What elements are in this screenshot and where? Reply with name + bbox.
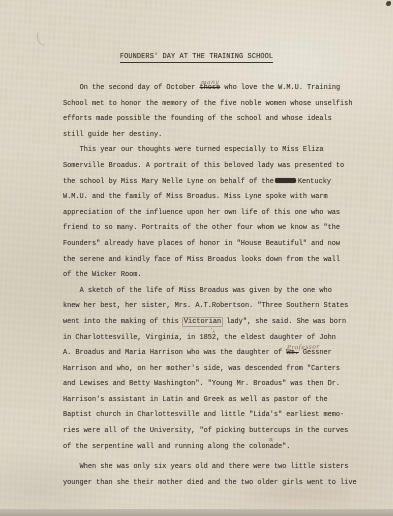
typed-line: A. Broadus and Maria Harrison who was th… — [63, 349, 385, 365]
typed-line: the school by Miss Mary Nelle Lyne on be… — [63, 178, 385, 194]
handwritten-note: ' — [211, 328, 213, 334]
typed-text: Somerville Broadus. A portrait of this b… — [63, 162, 344, 170]
typed-text: Kentucky — [298, 178, 331, 186]
typed-text: appreciation of the influence upon her o… — [63, 209, 340, 217]
document-title-text: FOUNDERS' DAY AT THE TRAINING SCHOOL — [120, 53, 273, 63]
typed-line: This year our thoughts were turned espec… — [63, 146, 385, 162]
typed-text: went into the making of this — [63, 318, 183, 326]
typed-line: School met to honor the memory of the fi… — [63, 100, 385, 116]
typed-text: still guide her destiny. — [63, 131, 162, 139]
typed-text: Harrison and who, on her mother's side, … — [63, 365, 340, 373]
typed-text: and Lewises and Betty Washington". "Youn… — [63, 380, 340, 388]
typed-ins-mark: 2' — [212, 334, 216, 342]
typed-strike-mark: thosemany — [200, 84, 221, 92]
typed-line: Baptist church in Charlottesville and li… — [63, 411, 385, 427]
typed-line: the serene and kindly face of Miss Broad… — [63, 256, 385, 272]
typed-line: ries were all of the University, "of pic… — [63, 427, 385, 443]
handwritten-note: Professor — [287, 344, 320, 351]
typed-line: When she was only six years old and ther… — [63, 463, 385, 479]
typed-line: friend to so many. Portraits of the othe… — [63, 224, 385, 240]
typed-strike-mark: Wm.Professor — [286, 349, 298, 357]
paper-bottom-edge — [0, 509, 393, 516]
typed-line: efforts made possible the founding of th… — [63, 115, 385, 131]
typed-text: in Charlottesville, Virginia, in 185 — [63, 334, 212, 342]
document-title: FOUNDERS' DAY AT THE TRAINING SCHOOL — [0, 53, 393, 61]
typed-line: appreciation of the influence upon her o… — [63, 209, 385, 225]
typed-text: who love the W.M.U. Training — [220, 84, 340, 92]
typed-text: of the serpentine wall and running along… — [63, 443, 270, 451]
typed-text: This year our thoughts were turned espec… — [80, 146, 324, 154]
document-page: FOUNDERS' DAY AT THE TRAINING SCHOOL On … — [0, 0, 393, 516]
typed-text: younger than she their mother died and t… — [63, 479, 357, 487]
typed-text: of the Wicker Room. — [63, 271, 142, 279]
typed-line: still guide her destiny. — [63, 131, 385, 147]
typed-ins-mark: an — [270, 443, 274, 451]
typed-text: Baptist church in Charlottesville and li… — [63, 411, 344, 419]
typed-text: When she was only six years old and ther… — [80, 463, 349, 471]
document-body: On the second day of October thosemany w… — [63, 84, 385, 494]
handwritten-note: many — [200, 79, 218, 86]
typed-line: and Lewises and Betty Washington". "Youn… — [63, 380, 385, 396]
typed-text: the school by Miss Mary Nelle Lyne on be… — [63, 178, 274, 186]
typed-line: A sketch of the life of Miss Broadus was… — [63, 287, 385, 303]
typed-line: W.M.U. and the family of Miss Broadus. M… — [63, 193, 385, 209]
typed-line: On the second day of October thosemany w… — [63, 84, 385, 100]
typed-text: efforts made possible the founding of th… — [63, 115, 332, 123]
typed-text: On the second day of October — [80, 84, 200, 92]
typed-line: of the serpentine wall and running along… — [63, 443, 385, 459]
typed-text: A. Broadus and Maria Harrison who was th… — [63, 349, 286, 357]
typed-line: Harrison and who, on her mother's side, … — [63, 365, 385, 381]
typed-text: friend to so many. Portraits of the othe… — [63, 224, 340, 232]
typed-text: knew her best, her sister, Mrs. A.T.Robe… — [63, 302, 348, 310]
handwritten-note: n — [269, 437, 273, 443]
typed-text: de". — [274, 443, 291, 451]
typed-line: Founders" already have places of honor i… — [63, 240, 385, 256]
typed-line: of the Wicker Room. — [63, 271, 385, 287]
typed-text: ries were all of the University, "of pic… — [63, 427, 348, 435]
typed-line: went into the making of this Victorian l… — [63, 318, 385, 334]
typed-text: Founders" already have places of honor i… — [63, 240, 340, 248]
typed-line: in Charlottesville, Virginia, in 1852', … — [63, 334, 385, 350]
typed-line: knew her best, her sister, Mrs. A.T.Robe… — [63, 302, 385, 318]
typed-text: Harrison's assistant in Latin and Greek … — [63, 396, 328, 404]
typed-text: the serene and kindly face of Miss Broad… — [63, 256, 340, 264]
typed-text: , the eldest daughter of John — [216, 334, 336, 342]
typed-box-mark: Victorian — [183, 318, 222, 326]
typed-blackout-mark — [275, 178, 296, 184]
typed-text: lady", she said. She was born — [222, 318, 346, 326]
typed-text: W.M.U. and the family of Miss Broadus. M… — [63, 193, 328, 201]
typed-line: younger than she their mother died and t… — [63, 479, 385, 495]
typed-text: School met to honor the memory of the fi… — [63, 100, 352, 108]
typed-line: Harrison's assistant in Latin and Greek … — [63, 396, 385, 412]
typed-line: Somerville Broadus. A portrait of this b… — [63, 162, 385, 178]
typed-text: A sketch of the life of Miss Broadus was… — [80, 287, 332, 295]
